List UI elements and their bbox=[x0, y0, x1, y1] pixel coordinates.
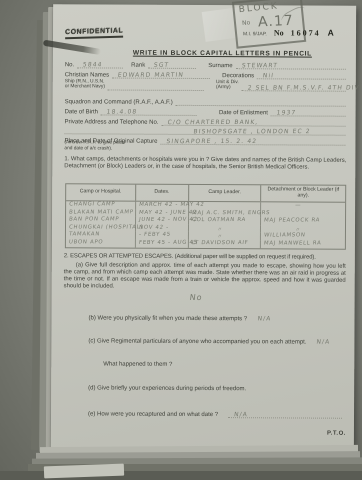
col-header-leader: Camp Leader. bbox=[189, 185, 262, 201]
decorations-value: Nil bbox=[263, 72, 275, 79]
surname-value: STEWART bbox=[241, 62, 278, 69]
leader-value: COL OATMAN RA bbox=[191, 217, 246, 223]
camp-value: CHANGI CAMP bbox=[69, 201, 116, 207]
col-header-camp: Camp or Hospital. bbox=[66, 184, 136, 200]
detachment-value: WILLIAMSON bbox=[264, 233, 306, 239]
camps-table-header: Camp or Hospital. Dates. Camp Leader. De… bbox=[66, 184, 345, 202]
decorations-label: Decorations bbox=[222, 73, 257, 79]
col-header-dates: Dates. bbox=[136, 185, 189, 201]
question-b-row: (b) Were you physically fit when you mad… bbox=[89, 314, 272, 322]
capture-note-line2: and date of a/c crash). bbox=[64, 146, 112, 152]
answer-a: No bbox=[189, 293, 203, 302]
surname-label: Surname bbox=[208, 63, 235, 69]
confidential-stamp: CONFIDENTIAL bbox=[65, 28, 123, 40]
answer-b: N/A bbox=[257, 315, 272, 322]
unit-field: 2 SEL BN F.M.S.V.F. 4TH DIV bbox=[242, 82, 346, 92]
surname-field: STEWART bbox=[236, 60, 346, 70]
christian-names-field: EDWARD MARTIN bbox=[112, 70, 210, 80]
camp-value: CHUNGKAI (HOSPITAL) bbox=[69, 224, 144, 230]
ship-label: Ship (R.N., U.S.N. or Merchant Navy) bbox=[65, 79, 108, 90]
escapes-heading: 2. ESCAPES OR ATTEMPTED ESCAPES. (Additi… bbox=[64, 253, 351, 261]
squadron-label: Squadron and Command (R.A.F., A.A.F.) bbox=[65, 99, 176, 106]
cell-detachment: MAJ MANWELL RA bbox=[261, 240, 345, 248]
dates-value: - FEBY 45 bbox=[138, 232, 170, 238]
enlistment-value: 1937 bbox=[277, 109, 298, 116]
christian-names-label: Christian Names bbox=[65, 72, 112, 78]
serial-suffix: A bbox=[328, 28, 335, 38]
address-value-line2: BISHOPSGATE , LONDON EC 2 bbox=[193, 128, 311, 135]
pto-label: P.T.O. bbox=[327, 431, 346, 437]
decorations-field: Nil bbox=[257, 70, 346, 79]
field-row-squadron: Squadron and Command (R.A.F., A.A.F.) bbox=[65, 96, 346, 106]
field-row-names-decorations: Christian Names EDWARD MARTIN Decoration… bbox=[65, 69, 346, 79]
mi9-reference: M.I. 9/JAP. bbox=[243, 31, 267, 37]
camps-question: 1. What camps, detachments or hospitals … bbox=[64, 156, 346, 171]
field-row-dates: Date of Birth 18.4.08 Date of Enlistment… bbox=[65, 106, 346, 116]
ship-label-line2: or Merchant Navy) bbox=[65, 85, 105, 90]
answer-c: N/A bbox=[316, 339, 331, 346]
camps-table: Camp or Hospital. Dates. Camp Leader. De… bbox=[65, 183, 346, 249]
document-sheet: CONFIDENTIAL BLOCK No A.17 M.I. 9/JAP. N… bbox=[51, 4, 356, 450]
camp-value: TAMAKAN bbox=[69, 232, 101, 238]
capture-field: SINGAPORE , 15. 2. 42 bbox=[160, 136, 345, 146]
leader-value: MAJ A.C. SMITH, ENGRS bbox=[191, 210, 270, 216]
unit-label-line2: (Army) bbox=[216, 85, 231, 90]
no-value: 5844 bbox=[83, 61, 104, 68]
answer-a-row: No bbox=[190, 293, 203, 302]
question-d: (d) Give briefly your experiences during… bbox=[88, 385, 246, 392]
address-field-line2: BISHOPSGATE , LONDON EC 2 bbox=[64, 125, 345, 135]
photo-background: { "colors":{"paper":"#c6c7bf","print_ink… bbox=[0, 0, 362, 480]
camp-value: UBON APO bbox=[69, 239, 104, 245]
field-row-ship-unit: Ship (R.N., U.S.N. or Merchant Navy) Uni… bbox=[65, 79, 346, 91]
answer-e-field: N/A bbox=[228, 409, 342, 419]
form-title: WRITE IN BLOCK CAPITAL LETTERS IN PENCIL bbox=[93, 49, 352, 57]
serial-no-label: No bbox=[274, 28, 284, 37]
camps-table-body: CHANGI CAMP MARCH 42 - MAY 42 — BLAKAN M… bbox=[66, 201, 345, 248]
rank-field: SGT bbox=[148, 60, 196, 69]
photo: CONFIDENTIAL BLOCK No A.17 M.I. 9/JAP. N… bbox=[0, 0, 362, 480]
cell-dates: FEBY 45 - AUG 45 bbox=[136, 240, 189, 248]
ship-field bbox=[108, 81, 204, 91]
question-c-row: (c) Give Regimental particulars of anyon… bbox=[88, 337, 330, 345]
enlistment-label: Date of Enlistment bbox=[219, 110, 271, 116]
date-of-birth-label: Date of Birth bbox=[65, 109, 101, 115]
cell-leader: LT DAVIDSON AIF bbox=[189, 240, 262, 248]
detachment-value: MAJ PEACOCK RA bbox=[264, 218, 321, 224]
enlistment-field: 1937 bbox=[271, 107, 346, 116]
table-row: UBON APO FEBY 45 - AUG 45 LT DAVIDSON AI… bbox=[66, 239, 345, 248]
dates-value: NOV 42 - bbox=[138, 224, 168, 230]
cell-camp: UBON APO bbox=[66, 239, 136, 247]
rank-value: SGT bbox=[154, 62, 170, 69]
detachment-value: — bbox=[294, 202, 301, 208]
field-row-number-rank-surname: No. 5844 Rank SGT Surname STEWART bbox=[65, 59, 346, 69]
col-header-detachment: Detachment or Block Leader (if any). bbox=[261, 185, 345, 201]
no-label: No. bbox=[65, 62, 77, 68]
date-of-birth-field: 18.4.08 bbox=[101, 106, 197, 116]
date-of-birth-value: 18.4.08 bbox=[107, 109, 138, 116]
squadron-field bbox=[176, 97, 346, 107]
field-row-address-2: BISHOPSGATE , LONDON EC 2 bbox=[64, 125, 345, 135]
question-e: (e) How were you recaptured and on what … bbox=[88, 411, 218, 418]
leader-value: LT DAVIDSON AIF bbox=[191, 240, 248, 246]
file-reference-line: M.I. 9/JAP. No 16074 A bbox=[243, 27, 335, 37]
question-e-row: (e) How were you recaptured and on what … bbox=[88, 408, 342, 418]
camp-value: BAN PON CAMP bbox=[69, 217, 120, 223]
detachment-value: MAJ MANWELL RA bbox=[264, 240, 322, 246]
capture-value: SINGAPORE , 15. 2. 42 bbox=[166, 138, 258, 145]
rank-label: Rank bbox=[131, 63, 148, 69]
question-a: (a) Give full description and approx. ti… bbox=[64, 262, 346, 291]
question-b: (b) Were you physically fit when you mad… bbox=[89, 315, 248, 322]
question-c: (c) Give Regimental particulars of anyon… bbox=[88, 338, 306, 345]
answer-e: N/A bbox=[234, 411, 249, 418]
christian-names-value: EDWARD MARTIN bbox=[118, 72, 185, 79]
no-field: 5844 bbox=[77, 59, 123, 68]
unit-label: Unit & Div. (Army) bbox=[216, 80, 242, 91]
question-what-happened: What happened to them ? bbox=[103, 361, 172, 367]
block-number-stamp: BLOCK No A.17 bbox=[232, 0, 306, 49]
serial-number: 16074 bbox=[291, 28, 321, 37]
unit-value: 2 SEL BN F.M.S.V.F. 4TH DIV bbox=[247, 84, 360, 91]
camp-value: BLAKAN MATI CAMP bbox=[69, 209, 134, 215]
stamp-no-word: No bbox=[242, 19, 251, 27]
